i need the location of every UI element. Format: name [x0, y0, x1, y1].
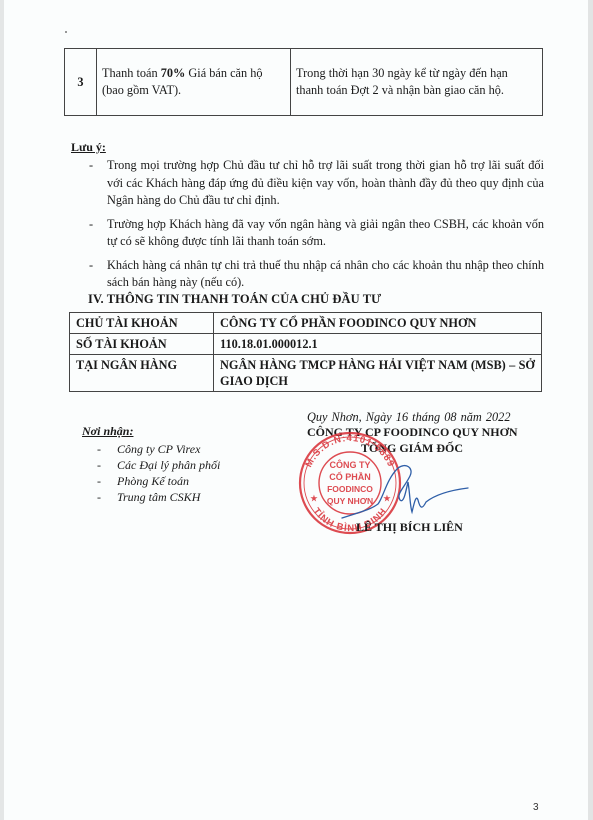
- list-item: -Trung tâm CSKH: [97, 489, 220, 505]
- scan-speck: [65, 31, 67, 33]
- bullet-dash: -: [97, 473, 101, 489]
- date-place-line: Quy Nhơn, Ngày 16 tháng 08 năm 2022: [307, 410, 510, 425]
- account-holder-label: CHỦ TÀI KHOẢN: [70, 313, 214, 334]
- note-text: Trong mọi trường hợp Chủ đầu tư chỉ hỗ t…: [107, 158, 544, 207]
- recipient-text: Công ty CP Virex: [117, 442, 200, 456]
- recipient-text: Các Đại lý phân phối: [117, 458, 220, 472]
- installment-description: Thanh toán 70% Giá bán căn hộ (bao gồm V…: [97, 49, 291, 116]
- payment-schedule-table: 3 Thanh toán 70% Giá bán căn hộ (bao gồm…: [64, 48, 543, 116]
- scan-left-edge: [0, 0, 4, 820]
- description-text: Thanh toán: [102, 66, 161, 80]
- bullet-dash: -: [97, 441, 101, 457]
- table-row: CHỦ TÀI KHOẢN CÔNG TY CỔ PHẦN FOODINCO Q…: [70, 313, 542, 334]
- bullet-dash: -: [89, 157, 93, 175]
- bank-value: NGÂN HÀNG TMCP HÀNG HẢI VIỆT NAM (MSB) –…: [214, 355, 542, 392]
- installment-number: 3: [65, 49, 97, 116]
- list-item: -Trường hợp Khách hàng đã vay vốn ngân h…: [84, 216, 544, 251]
- bank-label: TẠI NGÂN HÀNG: [70, 355, 214, 392]
- note-text: Khách hàng cá nhân tự chi trả thuế thu n…: [107, 258, 544, 290]
- notes-title: Lưu ý:: [71, 140, 106, 155]
- notes-list: -Trong mọi trường hợp Chủ đầu tư chỉ hỗ …: [84, 157, 544, 298]
- bullet-dash: -: [89, 216, 93, 234]
- bullet-dash: -: [97, 489, 101, 505]
- list-item: -Trong mọi trường hợp Chủ đầu tư chỉ hỗ …: [84, 157, 544, 210]
- page-number: 3: [533, 802, 539, 813]
- table-row: SỐ TÀI KHOẢN 110.18.01.000012.1: [70, 334, 542, 355]
- list-item: -Phòng Kế toán: [97, 473, 220, 489]
- bullet-dash: -: [97, 457, 101, 473]
- table-row: 3 Thanh toán 70% Giá bán căn hộ (bao gồm…: [65, 49, 543, 116]
- recipients-title: Nơi nhận:: [82, 424, 133, 439]
- installment-term: Trong thời hạn 30 ngày kể từ ngày đến hạ…: [291, 49, 543, 116]
- bullet-dash: -: [89, 257, 93, 275]
- account-number-label: SỐ TÀI KHOẢN: [70, 334, 214, 355]
- table-row: TẠI NGÂN HÀNG NGÂN HÀNG TMCP HÀNG HẢI VI…: [70, 355, 542, 392]
- section-iv-title: IV. THÔNG TIN THANH TOÁN CỦA CHỦ ĐẦU TƯ: [88, 292, 381, 307]
- list-item: -Công ty CP Virex: [97, 441, 220, 457]
- note-text: Trường hợp Khách hàng đã vay vốn ngân hà…: [107, 217, 544, 249]
- list-item: -Khách hàng cá nhân tự chi trả thuế thu …: [84, 257, 544, 292]
- account-holder-value: CÔNG TY CỔ PHẦN FOODINCO QUY NHƠN: [214, 313, 542, 334]
- account-info-table: CHỦ TÀI KHOẢN CÔNG TY CỔ PHẦN FOODINCO Q…: [69, 312, 542, 392]
- recipient-text: Trung tâm CSKH: [117, 490, 200, 504]
- description-percent: 70%: [161, 66, 186, 80]
- list-item: -Các Đại lý phân phối: [97, 457, 220, 473]
- scan-right-edge: [588, 0, 593, 820]
- recipient-text: Phòng Kế toán: [117, 474, 189, 488]
- signer-name: LÊ THỊ BÍCH LIÊN: [356, 520, 463, 535]
- svg-text:★: ★: [310, 494, 318, 503]
- recipients-list: -Công ty CP Virex -Các Đại lý phân phối …: [97, 441, 220, 505]
- account-number-value: 110.18.01.000012.1: [214, 334, 542, 355]
